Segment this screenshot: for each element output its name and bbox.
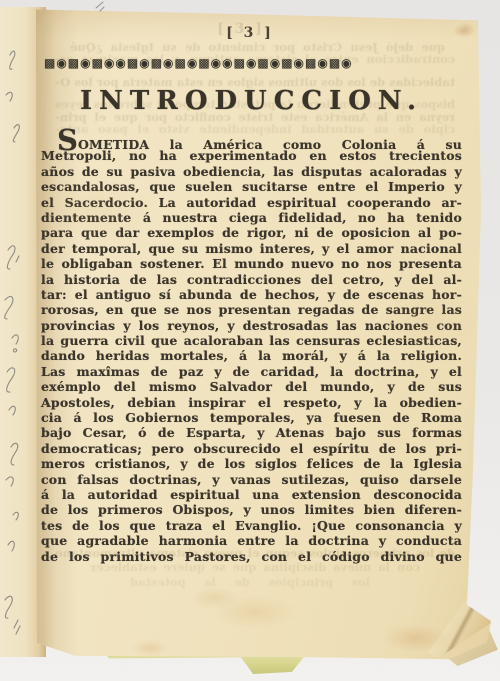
- page-title: INTRODUCCION.: [41, 86, 462, 116]
- body-first-line: SOMETIDA la América como Colonia á su: [41, 133, 462, 148]
- body-line: de los primeros Obispos, y unos limites …: [41, 502, 462, 517]
- body-text: SOMETIDA la América como Colonia á su Me…: [41, 133, 462, 564]
- body-line: provincias y los reynos, y destrosadas l…: [41, 318, 462, 333]
- body-line: escandalosas, que suelen sucitarse entre…: [41, 179, 462, 194]
- body-line: Apostoles, debian inspirar el respeto, y…: [41, 395, 462, 410]
- body-line: exémplo del mismo Salvador del mundo, y …: [41, 379, 462, 394]
- body-line: rorosas, en que se nos presentan regadas…: [41, 302, 462, 317]
- body-line: la guerra civil que acaloraban las censu…: [41, 333, 462, 348]
- body-line: la historia de las contradicciones del c…: [41, 272, 462, 287]
- body-line: para que dar exemplos de rigor, ni de op…: [41, 225, 462, 240]
- body-line: de los primitivos Pastores, con el códig…: [41, 549, 462, 564]
- body-line: á la autoridad espiritual una extension …: [41, 487, 462, 502]
- body-line: democraticas; pero obscurecido el espíri…: [41, 441, 462, 456]
- page-number: [ 3 ]: [30, 25, 470, 41]
- body-line: años de su pasiva obediencia, las disput…: [41, 164, 462, 179]
- body-line: Las maxîmas de paz y de caridad, la doct…: [41, 364, 462, 379]
- book-page: que dejó Jesu Cristo por cimiento de su …: [0, 0, 500, 681]
- body-line: tes de los que traza el Evanglio. ¡Que c…: [41, 518, 462, 533]
- body-line: cia á los Gobiernos temporales, ya fuese…: [41, 410, 462, 425]
- printers-ornament-band: ▩◉▩◉▩◉◉▩◉▩◉▩◉▩◉◉▩◉▩◉▩◉▩◉▩◉: [44, 56, 400, 70]
- body-line: que agradable harmonia entre la doctrina…: [41, 533, 462, 548]
- body-line: der temporal, que su mismo interes, y el…: [41, 241, 462, 256]
- body-line: tar: el antiguo sí abunda de hechos, y d…: [41, 287, 462, 302]
- body-line: el Sacerdocio. La autoridad espiritual c…: [41, 195, 462, 210]
- body-line: dientemente á nuestra ciega fidelidad, n…: [41, 210, 462, 225]
- body-line: meros cristianos, y de los siglos felice…: [41, 456, 462, 471]
- photo-of-book-page: que dejó Jesu Cristo por cimiento de su …: [0, 0, 500, 681]
- drop-cap: S: [57, 123, 78, 157]
- body-line: le obligaban sostener. El mundo nuevo no…: [41, 256, 462, 271]
- bleedthrough-line: los principios de la potestad: [130, 575, 370, 589]
- body-line: bajo Cesar, ó de Esparta, y Atenas bajo …: [41, 425, 462, 440]
- body-line: con falsas doctrinas, y vanas sutilezas,…: [41, 472, 462, 487]
- body-line: dando heridas mortales, á la morál, y á …: [41, 348, 462, 363]
- body-lines: Metropoli, no ha experimentado en estos …: [41, 148, 462, 564]
- body-line: Metropoli, no ha experimentado en estos …: [41, 148, 462, 163]
